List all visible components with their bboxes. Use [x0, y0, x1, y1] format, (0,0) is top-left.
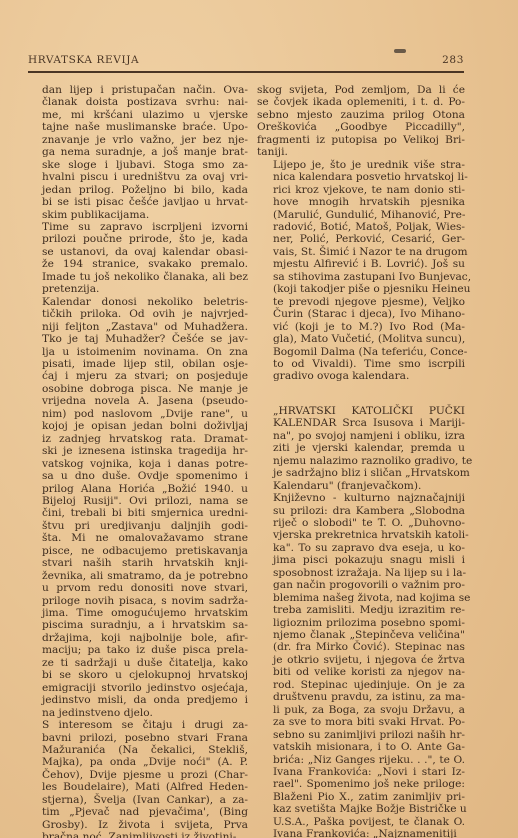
text-line: Oreškovića „Goodbye Piccadilly", — [257, 121, 465, 133]
text-line: držajima, koji najbolnije bole, afir- — [26, 632, 248, 644]
text-line: že 194 stranice, svakako premalo. — [26, 258, 248, 270]
text-line: Književno - kulturno najznačajniji — [257, 492, 465, 504]
text-line: njemu nalazimo raznoliko gradivo, te — [257, 455, 465, 467]
text-line: piscima suradnju, a i hrvatskim sa- — [26, 619, 248, 631]
text-line: bračna noć, Zanimljivosti iz životinj- — [26, 831, 248, 838]
paragraph: Kalendar donosi nekoliko beletris-tičkih… — [26, 296, 248, 719]
text-line: Kalendaru" (franjevačkom). — [257, 480, 465, 492]
text-line: maciju; pa tako iz duše pisca prela- — [26, 644, 248, 656]
text-line: čini, trebali bi biti smjernica uredni- — [26, 507, 248, 519]
text-line: ski je iznesena istinska tragedija hr- — [26, 445, 248, 457]
text-line: blemima našeg života, nad kojima se — [257, 592, 465, 604]
text-line: skim publikacijama. — [26, 209, 248, 221]
text-line: Grosby). Iz života i svijeta, Prva — [26, 819, 248, 831]
text-line: Bogomil Dalma (Na teferiću, Conce- — [257, 346, 465, 358]
text-line: Tko je taj Muhadžer? Češće se jav- — [26, 333, 248, 345]
paragraph: skog svijeta, Pod zemljom, Da li ćese čo… — [257, 84, 465, 159]
text-line: su prilozi: dra Kambera „Slobodna — [257, 505, 465, 517]
text-line: pisce, ne odbacujemo pretiskavanja — [26, 545, 248, 557]
text-line: društvenu pravdu, za istinu, za ma- — [257, 691, 465, 703]
text-line: kojoj je opisan jedan bolni doživljaj — [26, 420, 248, 432]
text-line: sebno su zanimljivi prilozi naših hr- — [257, 729, 465, 741]
text-line: ze ti sadržaji u duše čitatelja, kako — [26, 657, 248, 669]
text-line: na", po svojoj namjeni i obliku, izra — [257, 430, 465, 442]
text-line: ziti je vjerski kalendar, premda u — [257, 442, 465, 454]
text-line: mjestu Alfirević i B. Lovrić). Još su — [257, 258, 465, 270]
text-line: vatskog vojnika, koja i danas potre- — [26, 458, 248, 470]
text-line: dan lijep i pristupačan način. Ova- — [26, 84, 248, 96]
text-line: bavni prilozi, posebno stvari Frana — [26, 732, 248, 744]
text-line: nim) pod naslovom „Dvije rane", u — [26, 408, 248, 420]
text-line: U.S.A., Paška povijest, te članak O. — [257, 816, 465, 828]
header-rule — [28, 71, 464, 73]
text-line: se čovjek ikada oplemeniti, i t. d. Po- — [257, 96, 465, 108]
text-line: sposobnost izražaja. Na lijep su i la- — [257, 567, 465, 579]
text-line: Blaženi Pio X., zatim zanimljiv pri- — [257, 791, 465, 803]
text-line: jima pisci pokazuju snagu misli i — [257, 554, 465, 566]
text-line: hove mnogih hrvatskih pjesnika — [257, 196, 465, 208]
text-line: Majka), pa onda „Dvije noći" (A. P. — [26, 756, 248, 768]
text-line: se ustanovi, da ovaj kalendar obasi- — [26, 246, 248, 258]
text-line: (Marulić, Gundulić, Mihanović, Pre- — [257, 209, 465, 221]
text-line: „HRVATSKI KATOLIČKI PUČKI — [257, 405, 465, 417]
text-line: vjerska prekretnica hrvatskih katoli- — [257, 529, 465, 541]
print-blemish — [394, 49, 406, 53]
text-line: (koji takodjer piše o pjesniku Heineu — [257, 283, 465, 295]
paragraph: Time su zapravo iscrpljeni izvornipriloz… — [26, 221, 248, 296]
text-line: te prevodi njegove pjesme), Veljko — [257, 296, 465, 308]
text-line: KALENDAR Srca Isusova i Mariji- — [257, 417, 465, 429]
text-line: iz zadnjeg hrvatskog rata. Dramat- — [26, 433, 248, 445]
text-line: na jedinstveno djelo. — [26, 707, 248, 719]
text-line: Mažuranića (Na čekalici, Stekliš, — [26, 744, 248, 756]
text-line: S interesom se čitaju i drugi za- — [26, 719, 248, 731]
text-line: gradivo ovoga kalendara. — [257, 370, 465, 382]
text-line: ževnika, ali smatramo, da je potrebno — [26, 570, 248, 582]
text-line: Ivana Frankovića: „Novi i stari Iz- — [257, 766, 465, 778]
text-line: radović, Botić, Matoš, Poljak, Wies- — [257, 221, 465, 233]
text-line: tajne naše muslimanske braće. Upo- — [26, 121, 248, 133]
text-line: vrijedna novela A. Jasena (pseudo- — [26, 395, 248, 407]
text-line: vić (koji je to M.?) Ivo Rod (Ma- — [257, 321, 465, 333]
text-line: tim „Pjevač nad pjevačima', (Bing — [26, 806, 248, 818]
text-line: ćaj i mjeru za stvari; on posjeduje — [26, 370, 248, 382]
text-line: kaz svetišta Majke Božje Bistričke u — [257, 803, 465, 815]
text-line: šta. Mi ne omalovažavamo strane — [26, 532, 248, 544]
text-line: (dr. fra Mirko Čović). Stepinac nas — [257, 641, 465, 653]
text-line: Time su zapravo iscrpljeni izvorni — [26, 221, 248, 233]
text-line: treba zamisliti. Medju izrazitim re- — [257, 604, 465, 616]
text-line: fragmenti iz putopisa po Velikoj Bri- — [257, 134, 465, 146]
text-line: Imade tu još nekoliko članaka, ali bez — [26, 271, 248, 283]
text-line: osobine dobroga pisca. Ne manje je — [26, 383, 248, 395]
text-line: bi se isti pisac češće javljao u hrvat- — [26, 196, 248, 208]
running-title: HRVATSKA REVIJA — [28, 54, 139, 66]
text-line: Kalendar donosi nekoliko beletris- — [26, 296, 248, 308]
text-line: emigraciji stvorilo jedinstvo osjećaja, — [26, 682, 248, 694]
text-line: vatskih misionara, i to O. Ante Ga- — [257, 741, 465, 753]
text-line: riječ o slobodi" te T. O. „Duhovno- — [257, 517, 465, 529]
paragraph: Lijepo je, što je urednik više stra-nica… — [257, 159, 465, 383]
text-line: priloge novih pisaca, s novim sadrža- — [26, 595, 248, 607]
magazine-page: HRVATSKA REVIJA 283 dan lijep i pristupa… — [0, 0, 518, 838]
text-line: jedinstvo misli, da onda predjemo i — [26, 694, 248, 706]
paragraph: S interesom se čitaju i drugi za-bavni p… — [26, 719, 248, 838]
right-text-column: skog svijeta, Pod zemljom, Da li ćese čo… — [257, 84, 465, 838]
text-line: Čurin (Starac i djeca), Ivo Mihano- — [257, 308, 465, 320]
text-line: ligioznim prilozima posebno spomi- — [257, 617, 465, 629]
text-line: jima. Time omogućujemo hrvatskim — [26, 607, 248, 619]
text-line: biti od velike koristi za njegov na- — [257, 666, 465, 678]
text-line: stjerna), Švelja (Ivan Cankar), a za- — [26, 794, 248, 806]
text-line: ner, Polić, Perković, Cesarić, Ger- — [257, 233, 465, 245]
text-line: skog svijeta, Pod zemljom, Da li će — [257, 84, 465, 96]
text-line: sa u dno duše. Ovdje spomenimo i — [26, 470, 248, 482]
text-line: njemo članak „Stepinčeva veličina" — [257, 629, 465, 641]
paragraph: Književno - kulturno najznačajnijisu pri… — [257, 492, 465, 838]
text-line: rod. Stepinac ujedinjuje. On je za — [257, 679, 465, 691]
section-paragraph: „HRVATSKI KATOLIČKI PUČKIKALENDAR Srca I… — [257, 405, 465, 492]
text-line: me, mi kršćani ulazimo u vjerske — [26, 109, 248, 121]
text-line: znavanje je vrlo važno, jer bez nje- — [26, 134, 248, 146]
text-line: članak doista postizava svrhu: nai- — [26, 96, 248, 108]
text-line: Bijeloj Rusiji". Ovi prilozi, nama se — [26, 495, 248, 507]
text-line: sebno mjesto zauzima prilog Otona — [257, 109, 465, 121]
text-line: za sve to mora biti svaki Hrvat. Po- — [257, 716, 465, 728]
text-line: prilozi poučne prirode, što je, kada — [26, 233, 248, 245]
text-line: je otkrio svijetu, i njegova će žrtva — [257, 654, 465, 666]
text-line: niji feljton „Zastava" od Muhadžera. — [26, 321, 248, 333]
text-line: gla), Mato Vučetić, (Molitva suncu), — [257, 333, 465, 345]
text-line: stvari naših starih hrvatskih knji- — [26, 557, 248, 569]
text-line: štvu pri uredjivanju daljnjih godi- — [26, 520, 248, 532]
text-line: prilog Alana Horića „Božić 1940. u — [26, 483, 248, 495]
text-line: ga nema suradnje, a još manje brat- — [26, 146, 248, 158]
text-line: u prvom redu donositi nove stvari, — [26, 582, 248, 594]
text-line: Lijepo je, što je urednik više stra- — [257, 159, 465, 171]
text-line: ka". To su zapravo dva eseja, u ko- — [257, 542, 465, 554]
text-line: lja u istoimenim novinama. On zna — [26, 346, 248, 358]
text-line: les Boudelaire), Mati (Alfred Heden- — [26, 781, 248, 793]
text-line: tičkih priloka. Od ovih je najvrjed- — [26, 308, 248, 320]
running-header: HRVATSKA REVIJA 283 — [28, 54, 464, 70]
text-line: nica kalendara posvetio hrvatskoj li- — [257, 171, 465, 183]
text-line: taniji. — [257, 146, 465, 158]
text-line: hvalni piscu i uredništvu za ovaj vri- — [26, 171, 248, 183]
text-line: gan način progovorili o važnim pro- — [257, 579, 465, 591]
text-line: ske sloge i ljubavi. Stoga smo za- — [26, 159, 248, 171]
text-line: li puk, za Boga, za svoju Državu, a — [257, 704, 465, 716]
text-line: rael". Spomenimo još neke priloge: — [257, 778, 465, 790]
text-line: vais, St. Šimić i Nazor te na drugom — [257, 246, 465, 258]
section-gap — [257, 383, 465, 405]
text-line: pisati, imade lijep stil, obilan osje- — [26, 358, 248, 370]
text-line: pretenzija. — [26, 283, 248, 295]
text-line: jedan prilog. Poželjno bi bilo, kada — [26, 184, 248, 196]
text-line: rici kroz vjekove, te nam donio sti- — [257, 184, 465, 196]
paragraph: dan lijep i pristupačan način. Ova-člana… — [26, 84, 248, 221]
text-line: brića: „Niz Ganges rijeku. . .", te O. — [257, 754, 465, 766]
text-line: Čehov), Dvije pjesme u prozi (Char- — [26, 769, 248, 781]
left-text-column: dan lijep i pristupačan način. Ova-člana… — [26, 84, 248, 838]
text-line: bi se skoro u cjelokupnoj hrvatskoj — [26, 669, 248, 681]
page-number: 283 — [442, 54, 464, 66]
text-line: to od Vivaldi). Time smo iscrpili — [257, 358, 465, 370]
text-line: sa stihovima zastupani Ivo Bunjevac, — [257, 271, 465, 283]
text-line: Ivana Frankovića: „Najznamenitiji — [257, 828, 465, 838]
text-line: je sadržajno bliz i sličan „Hrvatskom — [257, 467, 465, 479]
